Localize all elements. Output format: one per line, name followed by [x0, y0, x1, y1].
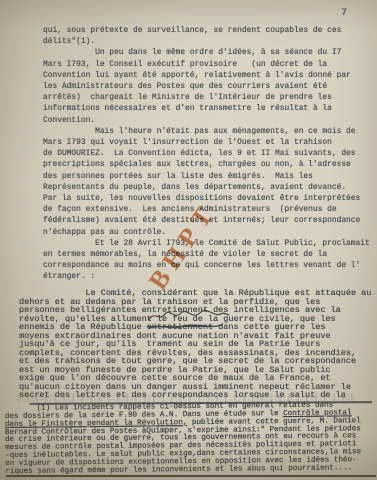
text-line: arrêtés) chargeait le Ministre de l'Inté… [43, 92, 370, 103]
text-line: Convention. [43, 115, 370, 126]
text-line: délits"(1). [43, 36, 370, 47]
text-line: de DUMOURIEZ. La Convention édicta, les … [43, 148, 370, 159]
text-line: Mars I793, le Conseil exécutif provisoir… [43, 59, 370, 70]
text-line: informations nécessaires et d'en transme… [43, 103, 370, 114]
page-bottom-edge [6, 475, 376, 477]
text-line: étranger. : [43, 271, 370, 282]
handwritten-strike [148, 322, 224, 332]
text-line: Mars I793 qui voyait l'insurrection de l… [43, 137, 370, 148]
text-line: secret des lettres et des correspondance… [19, 391, 371, 400]
text-line: les Administrateurs des Postes que des c… [43, 81, 370, 92]
text-line: correspondance au moins en ce qui concer… [43, 260, 370, 271]
text-line: Et le 28 Avril I793, le Comité de Salut … [43, 238, 370, 249]
text-line: qui, sous prétexte de surveillance, se r… [43, 25, 370, 36]
text-line: Un peu dans le même ordre d'idées, à sa … [43, 47, 370, 58]
scanned-document-page: 7 qui, sous prétexte de surveillance, se… [0, 0, 377, 480]
footnote-block: (1) Les incidents rappelés ci-dessus son… [5, 402, 362, 476]
text-line: en termes mémorables, la nécessité de vi… [43, 249, 370, 260]
body-paragraphs: qui, sous prétexte de surveillance, se r… [43, 25, 370, 283]
text-line: Mais l'heure n'était pas aux ménagements… [43, 126, 370, 137]
text-line: Convention lui ayant été apporté, relati… [43, 70, 370, 81]
text-line: prescriptions spéciales aux lettres, cha… [43, 159, 370, 170]
page-number: 7 [341, 7, 347, 19]
text-line: des personnes portées sur la liste des é… [43, 171, 370, 182]
